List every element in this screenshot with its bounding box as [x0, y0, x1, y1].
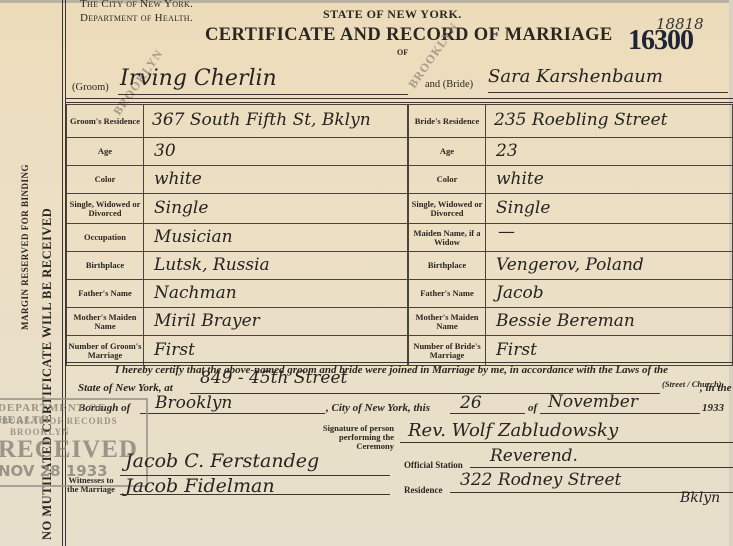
certificate-number-handwritten: 18818: [656, 15, 704, 33]
groom-age: 30: [154, 141, 176, 161]
groom-row-age: Age 30: [67, 138, 408, 166]
field-label: Age: [67, 138, 144, 166]
rule: [66, 98, 733, 99]
field-label: Color: [409, 166, 486, 194]
rule: [66, 102, 733, 103]
borough-value: Brooklyn: [155, 393, 232, 413]
groom-row-residence: Groom's Residence 367 South Fifth St, Bk…: [67, 105, 408, 138]
groom-row-marriage-number: Number of Groom's Marriage First: [67, 336, 408, 366]
bride-row-birthplace: Birthplace Vengerov, Poland: [409, 252, 733, 280]
bride-color: white: [496, 169, 544, 189]
station-line: [470, 467, 733, 468]
groom-row-color: Color white: [67, 166, 408, 194]
groom-father-name: Nachman: [154, 283, 237, 303]
bride-marital-status: Single: [496, 198, 550, 218]
witnesses-label: Witnesses to the Marriage: [66, 476, 116, 494]
groom-row-occupation: Occupation Musician: [67, 224, 408, 252]
bride-row-residence: Bride's Residence 235 Roebling Street: [409, 105, 733, 138]
field-label: Maiden Name, if a Widow: [409, 224, 486, 252]
bride-age: 23: [496, 141, 518, 161]
field-label: Father's Name: [409, 280, 486, 308]
stamp-received: RECEIVED: [0, 436, 138, 464]
stamp-line: BUREAU OF RECORDS: [2, 416, 118, 426]
bride-maiden-name: —: [498, 222, 515, 242]
officiant-residence-borough: Bklyn: [680, 490, 720, 506]
field-label: Mother's Maiden Name: [409, 308, 486, 336]
bride-row-marital-status: Single, Widowed or Divorced Single: [409, 194, 733, 224]
groom-row-mother: Mother's Maiden Name Miril Brayer: [67, 308, 408, 336]
groom-color: white: [154, 169, 202, 189]
field-label: Number of Groom's Marriage: [67, 336, 144, 366]
bride-residence: 235 Roebling Street: [494, 110, 668, 130]
field-label: Age: [409, 138, 486, 166]
groom-row-marital-status: Single, Widowed or Divorced Single: [67, 194, 408, 224]
groom-label: (Groom): [72, 82, 109, 93]
certification-statement: I hereby certify that the above-named gr…: [115, 364, 668, 376]
bride-marriage-number: First: [496, 340, 537, 360]
agency-city: The City of New York.: [80, 0, 193, 10]
field-label: Birthplace: [409, 252, 486, 280]
document-title: CERTIFICATE AND RECORD OF MARRIAGE: [205, 25, 613, 46]
day-line: [450, 413, 525, 414]
groom-name: Irving Cherlin: [120, 66, 277, 91]
certification-in-the: , in the: [700, 382, 731, 394]
ceremony-location: 849 - 45th Street: [200, 368, 347, 388]
groom-marital-status: Single: [154, 198, 208, 218]
bride-birthplace: Vengerov, Poland: [496, 255, 644, 275]
field-label: Color: [67, 166, 144, 194]
groom-occupation: Musician: [154, 227, 233, 247]
groom-name-line: [118, 94, 408, 95]
marriage-year: 1933: [702, 402, 724, 414]
witness-2-line: [120, 494, 390, 495]
received-stamp: DEPARTMENT OF HEALTH BUREAU OF RECORDS B…: [0, 398, 148, 487]
bride-label: and (Bride): [425, 79, 473, 90]
mutilated-certificate-note: NO MUTILATED CERTIFICATE WILL BE RECEIVE…: [40, 208, 55, 540]
marriage-certificate: MARGIN RESERVED FOR BINDING NO MUTILATED…: [0, 0, 733, 546]
officiant-signature-label: Signature of person performing the Cerem…: [318, 424, 394, 451]
field-label: Birthplace: [67, 252, 144, 280]
field-label: Occupation: [67, 224, 144, 252]
bride-name-line: [488, 92, 728, 93]
field-label: Single, Widowed or Divorced: [409, 194, 486, 224]
field-label: Father's Name: [67, 280, 144, 308]
officiant-residence: 322 Rodney Street: [460, 470, 621, 490]
bride-father-name: Jacob: [496, 283, 544, 303]
groom-row-birthplace: Birthplace Lutsk, Russia: [67, 252, 408, 280]
groom-details-table: Groom's Residence 367 South Fifth St, Bk…: [66, 104, 408, 366]
state-heading: STATE OF NEW YORK.: [323, 7, 462, 22]
binding-margin-note: MARGIN RESERVED FOR BINDING: [20, 164, 30, 330]
field-label: Number of Bride's Marriage: [409, 336, 486, 366]
signature-line: [400, 442, 733, 443]
agency-department: Department of Health.: [80, 12, 193, 24]
bride-details-table: Bride's Residence 235 Roebling Street Ag…: [408, 104, 733, 366]
groom-row-father: Father's Name Nachman: [67, 280, 408, 308]
witness-1-signature: Jacob C. Ferstandeg: [125, 450, 319, 472]
bride-row-color: Color white: [409, 166, 733, 194]
bride-row-father: Father's Name Jacob: [409, 280, 733, 308]
officiant-signature: Rev. Wolf Zabludowsky: [408, 420, 618, 441]
rule: [66, 362, 733, 363]
marriage-day: 26: [460, 393, 482, 413]
field-label: Groom's Residence: [67, 105, 144, 138]
month-line: [540, 413, 700, 414]
groom-mother-maiden-name: Miril Brayer: [154, 311, 260, 331]
groom-birthplace: Lutsk, Russia: [154, 255, 270, 275]
groom-marriage-number: First: [154, 340, 195, 360]
city-label: , City of New York, this: [326, 402, 430, 414]
of-label: of: [528, 402, 537, 414]
bride-mother-maiden-name: Bessie Bereman: [496, 311, 635, 331]
field-label: Mother's Maiden Name: [67, 308, 144, 336]
bride-row-maiden-name: Maiden Name, if a Widow —: [409, 224, 733, 252]
marriage-month: November: [548, 392, 638, 412]
title-of: OF: [397, 48, 408, 57]
bride-row-age: Age 23: [409, 138, 733, 166]
bride-name: Sara Karshenbaum: [488, 66, 663, 87]
borough-line: [140, 413, 325, 414]
official-station: Reverend.: [490, 446, 578, 466]
groom-residence: 367 South Fifth St, Bklyn: [152, 110, 371, 130]
bride-row-mother: Mother's Maiden Name Bessie Bereman: [409, 308, 733, 336]
officiant-residence-label: Residence: [404, 485, 443, 495]
bride-row-marriage-number: Number of Bride's Marriage First: [409, 336, 733, 366]
field-label: Single, Widowed or Divorced: [67, 194, 144, 224]
field-label: Bride's Residence: [409, 105, 486, 138]
official-station-label: Official Station: [404, 460, 463, 470]
